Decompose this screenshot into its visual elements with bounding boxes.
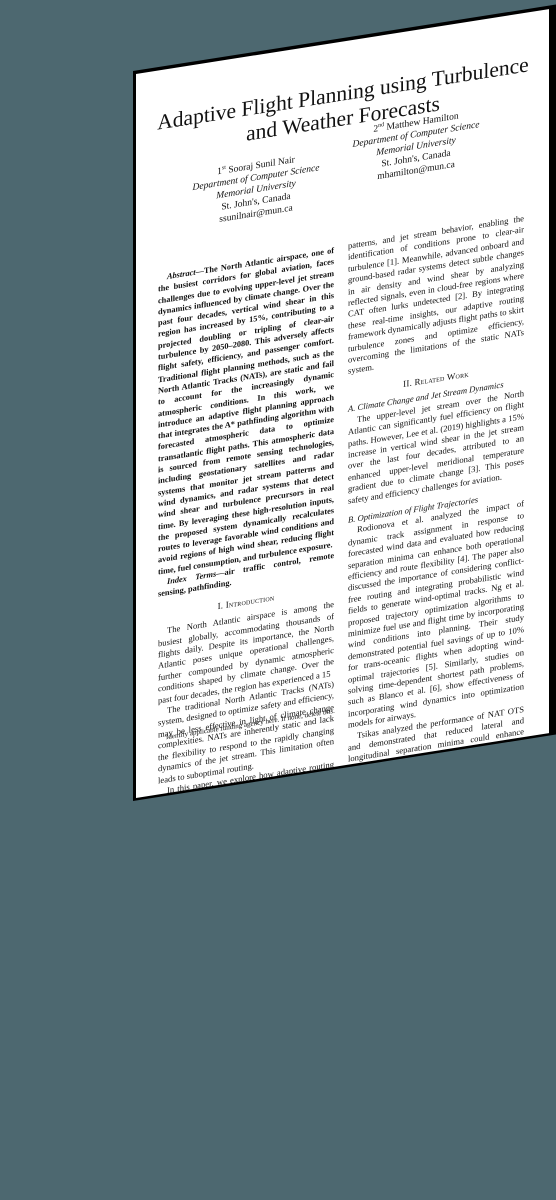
abstract: Abstract—The North Atlantic airspace, on…: [158, 245, 334, 578]
right-column: patterns, and jet stream behavior, enabl…: [348, 213, 524, 798]
related-paragraph: Rodionova et al. analyzed the impact of …: [348, 498, 524, 731]
paper-page: Adaptive Flight Planning using Turbulenc…: [136, 9, 549, 798]
intro-paragraph-continuation: patterns, and jet stream behavior, enabl…: [348, 213, 524, 378]
author-block-1: 1st Sooraj Sunil Nair Department of Comp…: [176, 145, 336, 233]
